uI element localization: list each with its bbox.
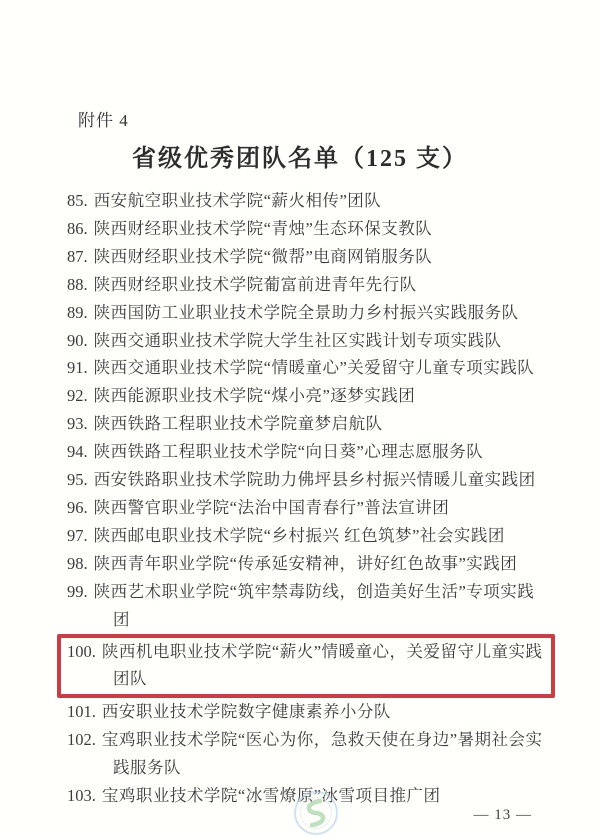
item-text: 西安航空职业技术学院“薪火相传”团队 bbox=[94, 191, 382, 210]
list-item: 101.西安职业技术学院数字健康素养小分队 bbox=[67, 698, 547, 726]
team-list: 85.西安航空职业技术学院“薪火相传”团队86.陕西财经职业技术学院“青烛”生态… bbox=[0, 187, 600, 810]
item-number: 101. bbox=[67, 702, 96, 721]
item-text: 陕西铁路工程职业技术学院“向日葵”心理志愿服务队 bbox=[94, 442, 484, 461]
list-item: 96.陕西警官职业学院“法治中国青春行”普法宣讲团 bbox=[67, 494, 547, 522]
item-text: 陕西财经职业技术学院“微帮”电商网销服务队 bbox=[94, 247, 433, 266]
list-item: 94.陕西铁路工程职业技术学院“向日葵”心理志愿服务队 bbox=[67, 438, 547, 466]
item-number: 89. bbox=[67, 303, 88, 322]
item-text: 陕西能源职业技术学院“煤小亮”逐梦实践团 bbox=[94, 386, 416, 405]
list-item: 93.陕西铁路工程职业技术学院童梦启航队 bbox=[67, 410, 547, 438]
item-text: 陕西警官职业学院“法治中国青春行”普法宣讲团 bbox=[94, 498, 450, 517]
item-number: 96. bbox=[67, 498, 88, 517]
item-text: 陕西交通职业技术学院“情暖童心”关爱留守儿童专项实践队 bbox=[94, 358, 535, 377]
item-number: 103. bbox=[67, 786, 96, 805]
list-item: 92.陕西能源职业技术学院“煤小亮”逐梦实践团 bbox=[67, 382, 547, 410]
item-number: 93. bbox=[67, 414, 88, 433]
item-number: 86. bbox=[67, 219, 88, 238]
attachment-label: 附件 4 bbox=[78, 106, 600, 131]
list-item: 97.陕西邮电职业技术学院“乡村振兴 红色筑梦”社会实践团 bbox=[67, 522, 547, 550]
item-number: 97. bbox=[67, 526, 88, 545]
item-text: 宝鸡职业技术学院“冰雪燎原”冰雪项目推广团 bbox=[102, 786, 441, 805]
item-text: 陕西邮电职业技术学院“乡村振兴 红色筑梦”社会实践团 bbox=[94, 526, 505, 545]
item-text: 陕西铁路工程职业技术学院童梦启航队 bbox=[94, 414, 383, 433]
item-number: 102. bbox=[67, 730, 96, 749]
item-number: 98. bbox=[67, 554, 88, 573]
item-number: 95. bbox=[67, 470, 88, 489]
item-number: 100. bbox=[67, 642, 96, 661]
item-number: 99. bbox=[67, 582, 88, 601]
list-item: 102.宝鸡职业技术学院“医心为你，急救天使在身边”暑期社会实践服务队 bbox=[67, 726, 547, 782]
item-text: 西安铁路职业技术学院助力佛坪县乡村振兴情暖儿童实践团 bbox=[94, 470, 536, 489]
item-text: 西安职业技术学院数字健康素养小分队 bbox=[102, 702, 391, 721]
item-text: 陕西交通职业技术学院大学生社区实践计划专项实践队 bbox=[94, 331, 502, 350]
list-item: 99.陕西艺术职业学院“筑牢禁毒防线，创造美好生活”专项实践团 bbox=[67, 578, 547, 634]
list-item: 98.陕西青年职业学院“传承延安精神，讲好红色故事”实践团 bbox=[67, 550, 547, 578]
list-item: 86.陕西财经职业技术学院“青烛”生态环保支教队 bbox=[67, 215, 547, 243]
item-number: 88. bbox=[67, 275, 88, 294]
list-item: 85.西安航空职业技术学院“薪火相传”团队 bbox=[67, 187, 547, 215]
list-item: 95.西安铁路职业技术学院助力佛坪县乡村振兴情暖儿童实践团 bbox=[67, 466, 547, 494]
list-item: 89.陕西国防工业职业技术学院全景助力乡村振兴实践服务队 bbox=[67, 299, 547, 327]
item-text: 宝鸡职业技术学院“医心为你，急救天使在身边”暑期社会实践服务队 bbox=[102, 730, 543, 777]
item-text: 陕西青年职业学院“传承延安精神，讲好红色故事”实践团 bbox=[94, 554, 518, 573]
document-page: 附件 4 省级优秀团队名单（125 支） 85.西安航空职业技术学院“薪火相传”… bbox=[0, 0, 600, 838]
list-item: 91.陕西交通职业技术学院“情暖童心”关爱留守儿童专项实践队 bbox=[67, 354, 547, 382]
item-number: 92. bbox=[67, 386, 88, 405]
item-text: 陕西国防工业职业技术学院全景助力乡村振兴实践服务队 bbox=[94, 303, 519, 322]
item-text: 陕西机电职业技术学院“薪火”情暖童心，关爱留守儿童实践团队 bbox=[102, 642, 543, 689]
item-number: 90. bbox=[67, 331, 88, 350]
item-number: 87. bbox=[67, 247, 88, 266]
list-item: 88.陕西财经职业技术学院葡富前进青年先行队 bbox=[67, 271, 547, 299]
list-item-highlighted: 100.陕西机电职业技术学院“薪火”情暖童心，关爱留守儿童实践团队 bbox=[57, 634, 555, 699]
item-number: 85. bbox=[67, 191, 88, 210]
page-number: — 13 — bbox=[474, 807, 533, 824]
item-text: 陕西艺术职业学院“筑牢禁毒防线，创造美好生活”专项实践团 bbox=[94, 582, 535, 629]
item-text: 陕西财经职业技术学院葡富前进青年先行队 bbox=[94, 275, 417, 294]
list-item: 87.陕西财经职业技术学院“微帮”电商网销服务队 bbox=[67, 243, 547, 271]
item-number: 94. bbox=[67, 442, 88, 461]
item-number: 91. bbox=[67, 358, 88, 377]
item-text: 陕西财经职业技术学院“青烛”生态环保支教队 bbox=[94, 219, 433, 238]
list-item: 90.陕西交通职业技术学院大学生社区实践计划专项实践队 bbox=[67, 327, 547, 355]
watermark-seal-icon bbox=[293, 790, 339, 836]
page-title: 省级优秀团队名单（125 支） bbox=[0, 138, 600, 173]
